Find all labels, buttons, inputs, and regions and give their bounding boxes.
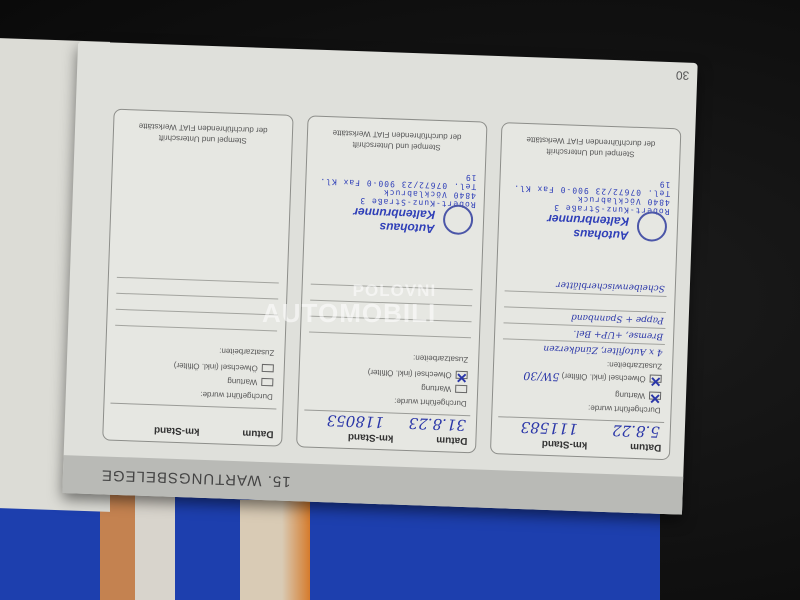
oil-option: Ölwechsel (inkl. Ölfilter) 5W/30 xyxy=(523,369,662,387)
maintenance-label: Wartung xyxy=(421,384,451,394)
date-label: Datum xyxy=(630,441,661,453)
checkbox-empty-icon xyxy=(262,364,274,372)
maintenance-label: Wartung xyxy=(227,377,257,387)
writing-line xyxy=(117,277,279,284)
oil-option: Ölwechsel (inkl. Ölfilter) xyxy=(368,368,468,380)
km-value: 111583 xyxy=(520,418,578,438)
divider xyxy=(110,403,276,410)
writing-line xyxy=(116,293,278,300)
date-label: Datum xyxy=(242,427,273,439)
oil-label: Ölwechsel (inkl. Ölfilter) xyxy=(174,361,258,373)
extra-work-line: Scheibenwischerblätter xyxy=(556,279,665,293)
date-value: 31.8.23 xyxy=(408,414,466,434)
performed-label: Durchgeführt wurde: xyxy=(200,390,273,402)
maintenance-option: Wartung xyxy=(227,377,273,388)
section-title: 15. WARTUNGSBELEGE xyxy=(101,466,291,490)
signature-caption: Stempel und Unterschriftder durchführend… xyxy=(307,126,486,154)
booklet-upside-down-content: 15. WARTUNGSBELEGE 30 Datum km-Stand 5.8… xyxy=(62,41,697,514)
dealer-stamp: Autohaus Kaltenbrunner Robert-Kunz-Straß… xyxy=(508,174,670,244)
km-value: 118053 xyxy=(326,411,384,431)
page-number: 30 xyxy=(676,68,690,82)
oil-label: Ölwechsel (inkl. Ölfilter) xyxy=(368,368,452,380)
checkbox-checked-icon xyxy=(649,392,661,400)
km-label: km-Stand xyxy=(348,431,394,444)
service-booklet: 15. WARTUNGSBELEGE 30 Datum km-Stand 5.8… xyxy=(62,41,697,514)
service-entry-1: Datum km-Stand 5.8.22 111583 Durchgeführ… xyxy=(490,122,681,460)
checkbox-empty-icon xyxy=(261,378,273,386)
maintenance-option: Wartung xyxy=(615,390,661,401)
watermark-line-2: AUTOMOBILI xyxy=(262,302,436,324)
oil-note: 5W/30 xyxy=(523,369,559,383)
km-label: km-Stand xyxy=(154,424,200,437)
oil-label: Ölwechsel (inkl. Ölfilter) xyxy=(562,371,646,383)
signature-caption: Stempel und Unterschriftder durchführend… xyxy=(501,133,680,161)
oil-option: Ölwechsel (inkl. Ölfilter) xyxy=(174,361,274,373)
fiat-logo-icon xyxy=(636,211,667,242)
extra-work-line: Bremse, +UP+ Bel. xyxy=(573,328,663,341)
stamp-brand: Autohaus Kaltenbrunner xyxy=(315,204,436,236)
date-label: Datum xyxy=(436,434,467,446)
service-entry-3: Datum km-Stand Durchgeführt wurde: Wartu… xyxy=(102,109,293,447)
writing-line xyxy=(309,332,471,339)
extra-work-line: Pappe + Spannband xyxy=(571,312,664,325)
stamp-brand: Autohaus Kaltenbrunner xyxy=(508,210,629,242)
performed-label: Durchgeführt wurde: xyxy=(394,397,467,409)
extra-work-label: Zusatzarbeiten: xyxy=(413,353,468,364)
km-label: km-Stand xyxy=(542,438,588,451)
signature-caption: Stempel und Unterschriftder durchführend… xyxy=(114,120,293,148)
extra-work-line: 4 x Autofilter, Zündkerzen xyxy=(543,343,663,357)
checkbox-checked-icon xyxy=(650,375,662,383)
beige-stripe xyxy=(240,500,310,600)
extra-work-label: Zusatzarbeiten: xyxy=(219,346,274,357)
maintenance-label: Wartung xyxy=(615,390,645,400)
white-stripe xyxy=(135,495,175,600)
writing-line xyxy=(116,309,278,316)
dealer-stamp: Autohaus Kaltenbrunner Robert-Kunz-Straß… xyxy=(315,168,477,238)
checkbox-checked-icon xyxy=(456,371,468,379)
writing-line xyxy=(115,325,277,332)
watermark: POLOVNI AUTOMOBILI xyxy=(262,280,436,324)
extra-work-label: Zusatzarbeiten: xyxy=(607,360,662,371)
fiat-logo-icon xyxy=(443,204,474,235)
date-value: 5.8.22 xyxy=(612,421,660,441)
